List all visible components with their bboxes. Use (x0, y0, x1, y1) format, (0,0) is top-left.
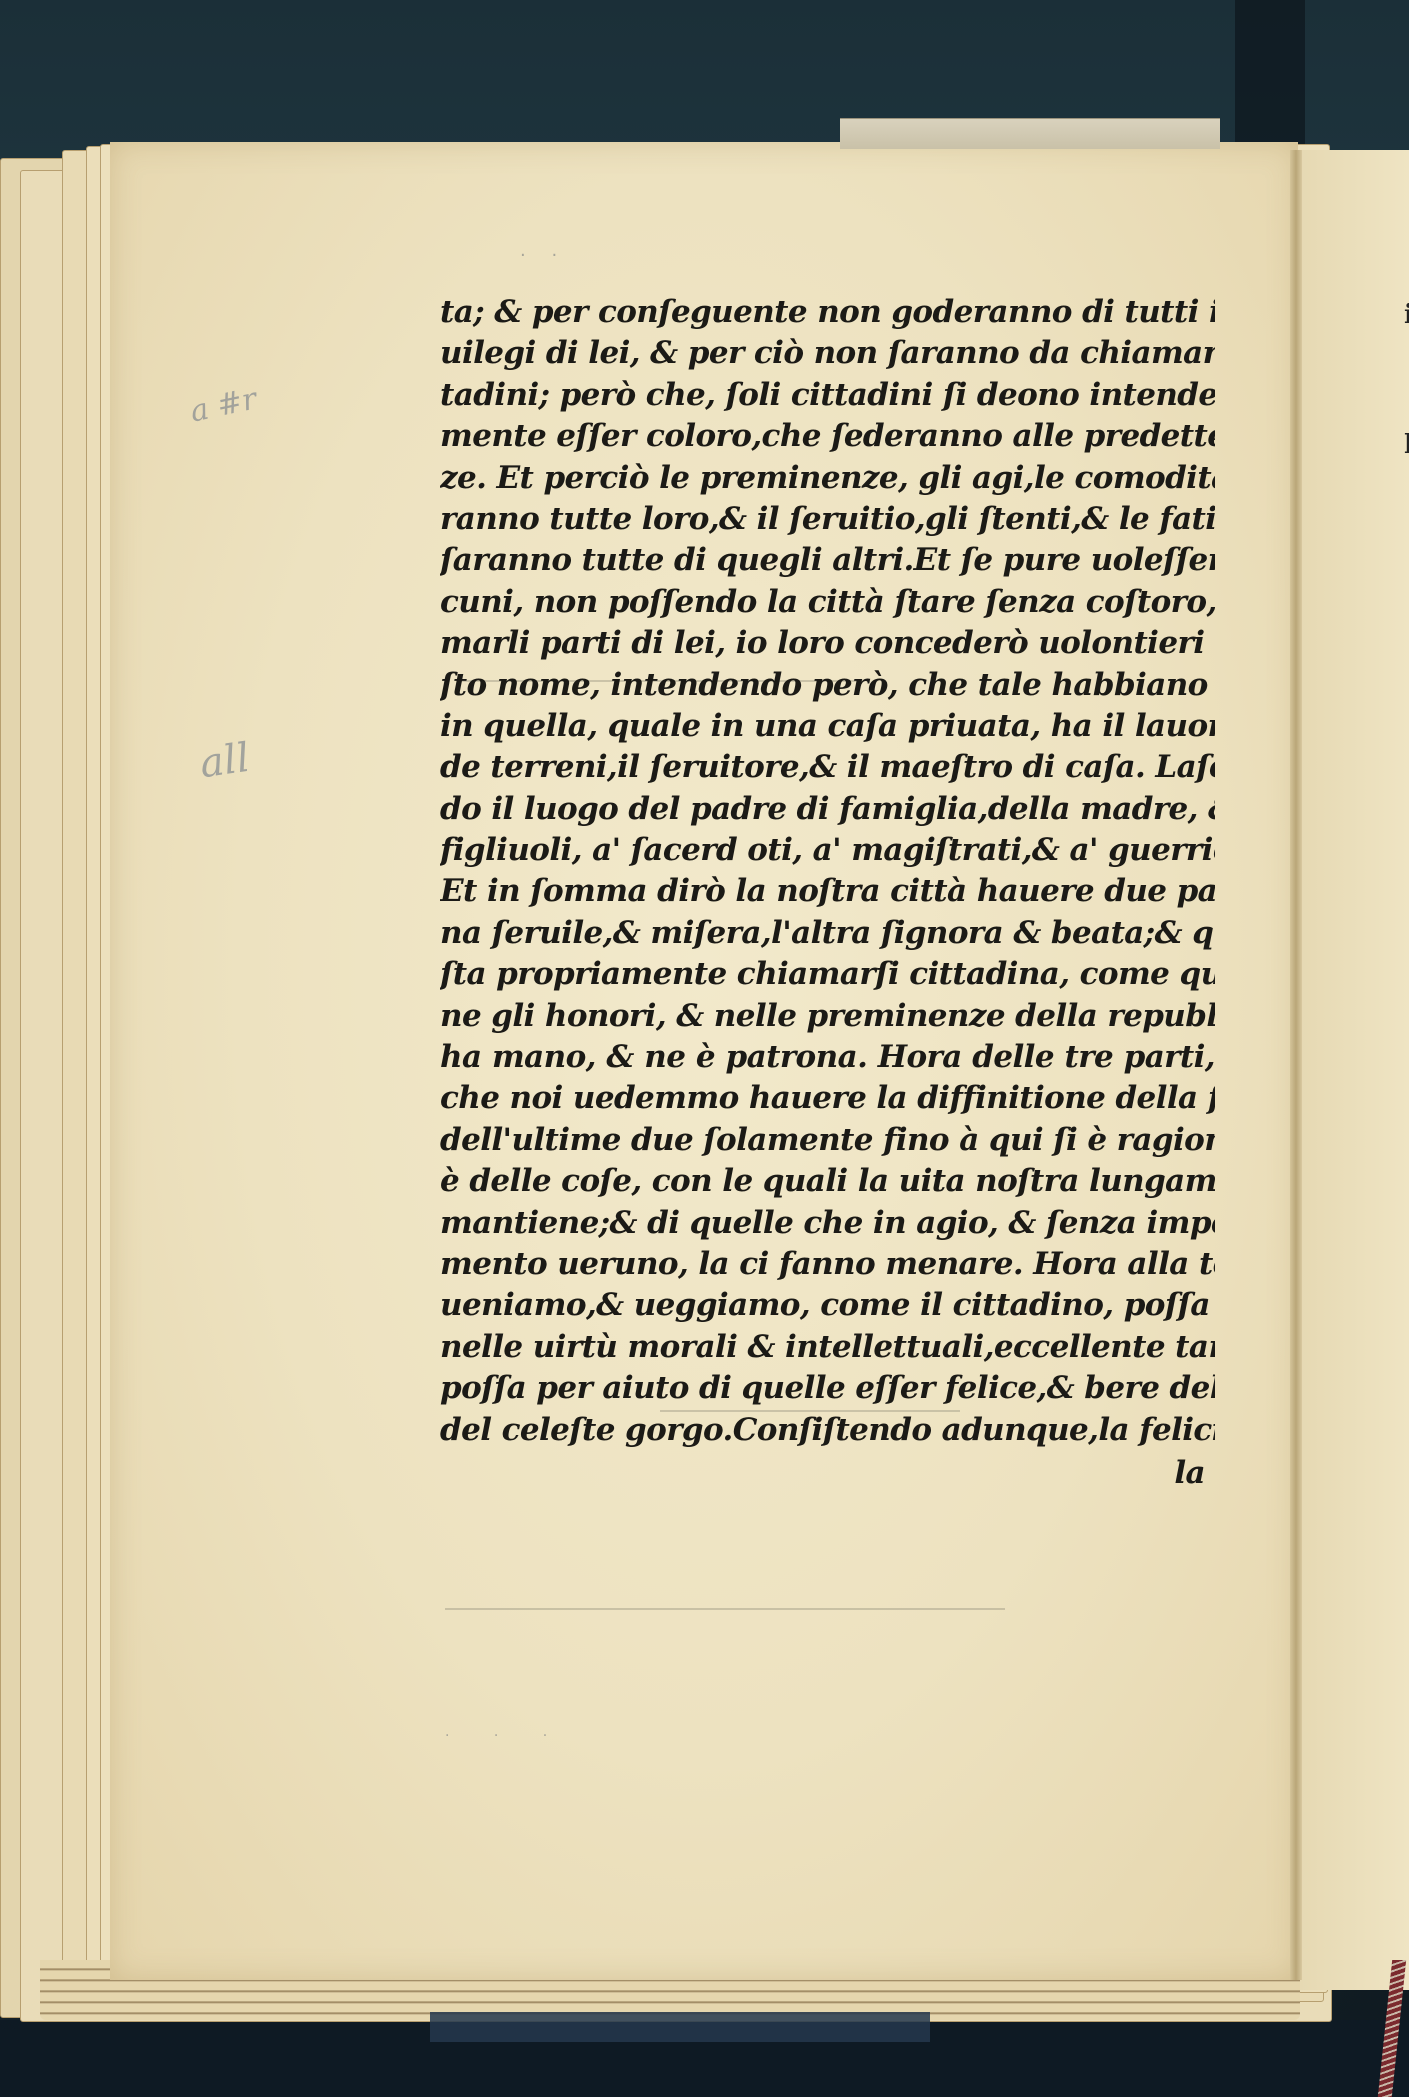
text-line: figliuoli, a' ſacerd oti, a' magiſtrati,… (440, 830, 1215, 871)
text-line: na ſeruile,& miſera,l'altra ſignora & be… (440, 913, 1215, 954)
text-line: ſta propriamente chiamarſi cittadina, co… (440, 954, 1215, 995)
text-line: marli parti di lei, io loro concederò uo… (440, 623, 1215, 664)
text-line: è delle coſe, con le quali la uita noſtr… (440, 1161, 1215, 1202)
text-line: dell'ultime due ſolamente fino à qui ſi … (440, 1120, 1215, 1161)
background-shadow (1235, 0, 1305, 150)
text-line: ueniamo,& ueggiamo, come il cittadino, p… (440, 1285, 1215, 1326)
bleed-through-rule (445, 1608, 1005, 1610)
binding-tape (430, 2012, 930, 2042)
text-line: ze. Et perciò le preminenze, gli agi,le … (440, 458, 1215, 499)
scan-scene: i l · · a #r all ta; & per conſeguente n… (0, 0, 1409, 2097)
text-line: do il luogo del padre di famiglia,della … (440, 789, 1215, 830)
text-line: del celeſte gorgo.Conſiſtendo adunque,la… (440, 1410, 1215, 1451)
facing-page-mark: i (1404, 300, 1409, 330)
text-line: ſto nome, intendendo però, che tale habb… (440, 665, 1215, 706)
repair-tape (840, 118, 1220, 149)
text-line: ranno tutte loro,& il ſeruitio,gli ſtent… (440, 499, 1215, 540)
catchword: la (440, 1451, 1215, 1495)
text-line: in quella, quale in una caſa priuata, ha… (440, 706, 1215, 747)
signature-marks: · · · (445, 1728, 567, 1744)
text-line: de terreni,il ſeruitore,& il maeſtro di … (440, 747, 1215, 788)
facing-page-mark: l (1404, 430, 1409, 460)
text-line: Et in ſomma dirò la noſtra città hauere … (440, 871, 1215, 912)
body-text: ta; & per conſeguente non goderanno di t… (440, 292, 1215, 1495)
text-line: cuni, non poſſendo la città ſtare ſenza … (440, 582, 1215, 623)
head-marks: · · (520, 245, 567, 266)
text-line: tadini; però che, ſoli cittadini ſi deon… (440, 375, 1215, 416)
text-line: ne gli honori, & nelle preminenze della … (440, 996, 1215, 1037)
margin-note-pencil: all (197, 735, 252, 787)
text-line: mente eſſer coloro,che ſederanno alle pr… (440, 416, 1215, 457)
text-line: ſaranno tutte di quegli altri.Et ſe pure… (440, 540, 1215, 581)
facing-page (1300, 150, 1409, 1990)
text-line: poſſa per aiuto di quelle eſſer felice,&… (440, 1368, 1215, 1409)
text-line: ha mano, & ne è patrona. Hora delle tre … (440, 1037, 1215, 1078)
text-line: ta; & per conſeguente non goderanno di t… (440, 292, 1215, 333)
text-line: che noi uedemmo hauere la diffinitione d… (440, 1078, 1215, 1119)
page-gutter (1290, 150, 1302, 1980)
text-line: mantiene;& di quelle che in agio, & ſenz… (440, 1203, 1215, 1244)
text-line: nelle uirtù morali & intellettuali,eccel… (440, 1327, 1215, 1368)
text-line: uilegi di lei, & per ciò non ſaranno da … (440, 333, 1215, 374)
text-line: mento ueruno, la ci fanno menare. Hora a… (440, 1244, 1215, 1285)
